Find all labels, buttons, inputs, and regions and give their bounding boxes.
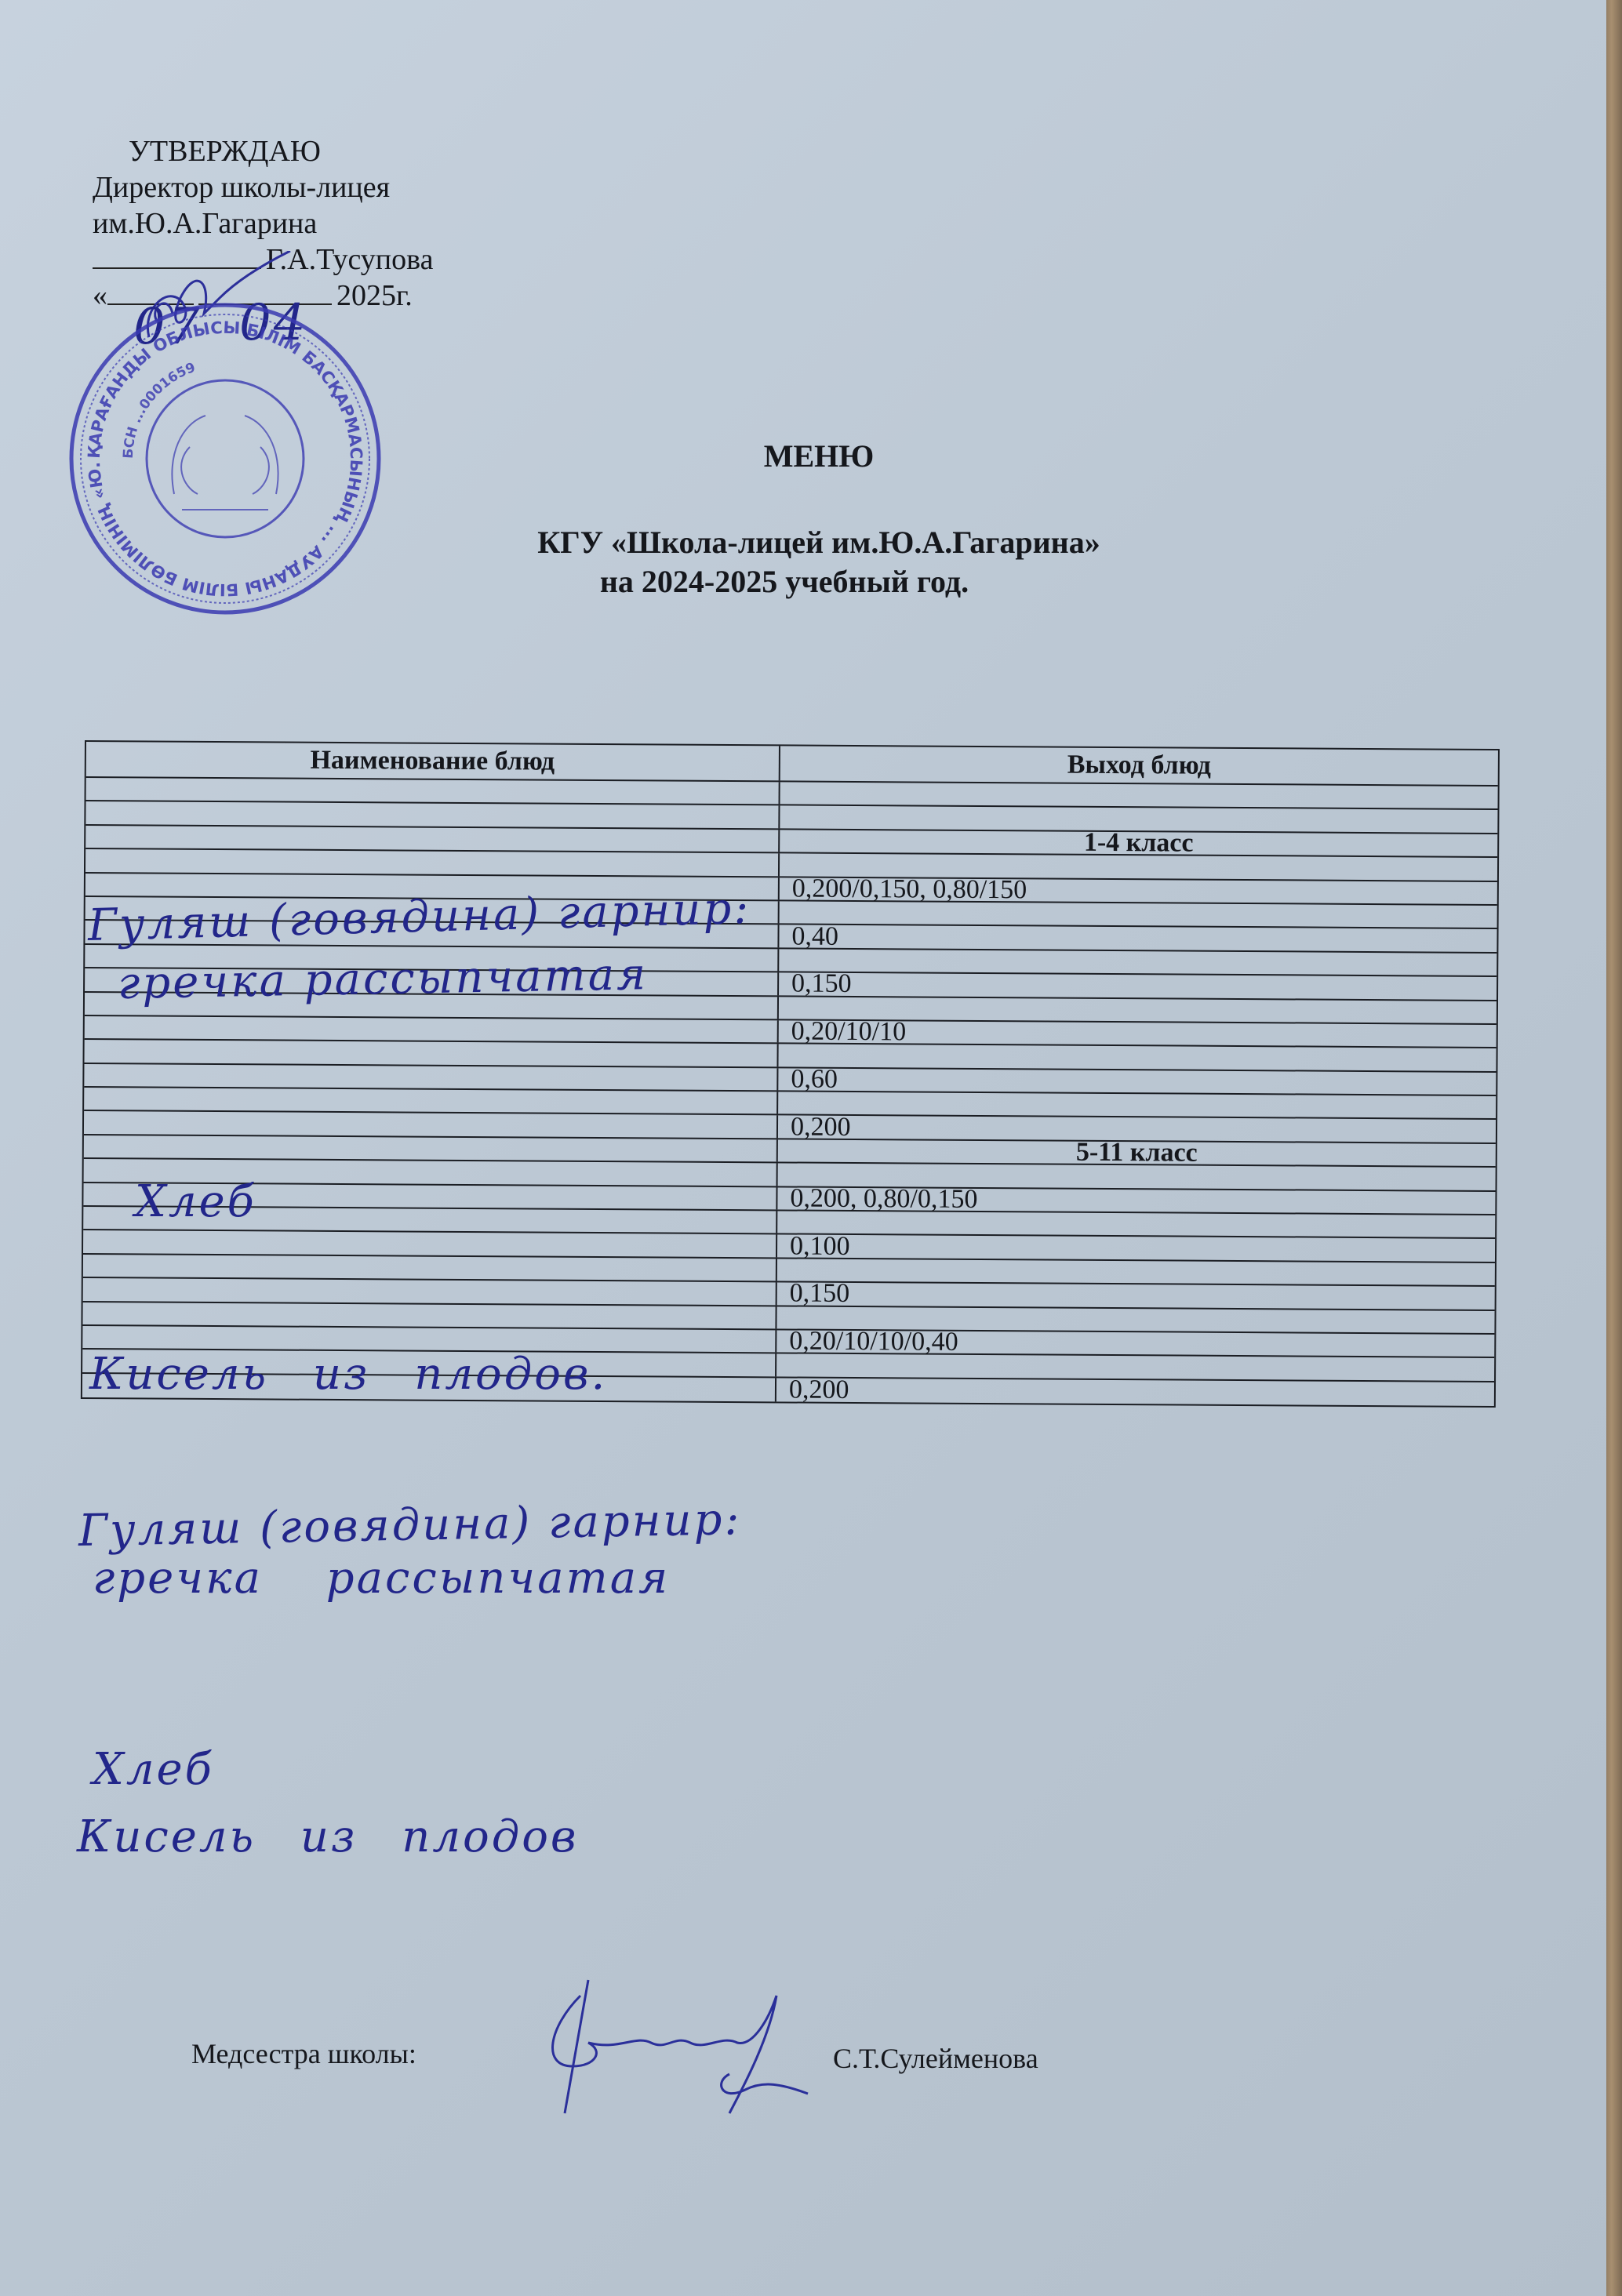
dish-name-cell: [83, 1278, 777, 1305]
yield-cell: 0,150: [777, 1283, 1495, 1310]
yield-cell: [778, 1044, 1496, 1071]
handwritten-dish-5-11-main: Гуляш (говядина) гарнир:: [78, 1494, 741, 1557]
dish-name-cell: [85, 1016, 779, 1043]
yield-cell: [777, 1259, 1495, 1285]
dish-name-cell: [84, 1088, 778, 1114]
desk-surface: [1605, 0, 1622, 2296]
yield-cell: 0,200/0,150, 0,80/150: [780, 877, 1497, 904]
organization-name: КГУ «Школа-лицей им.Ю.А.Гагарина»: [16, 524, 1622, 561]
dish-name-cell: [82, 1302, 776, 1329]
handwritten-dish-5-11-side: гречка рассыпчатая: [93, 1553, 670, 1604]
dish-name-cell: [83, 1255, 777, 1281]
dish-name-cell: [84, 1040, 778, 1066]
dish-name-cell: [85, 826, 780, 852]
yield-cell: [780, 782, 1498, 808]
document-page: УТВЕРЖДАЮ Директор школы-лицея им.Ю.А.Га…: [0, 0, 1606, 2296]
yield-cell: 0,60: [778, 1068, 1496, 1095]
column-header-yield: Выход блюд: [780, 746, 1498, 785]
yield-cell: [776, 1354, 1494, 1381]
menu-table: Наименование блюд Выход блюд 1-4 класс0,…: [81, 740, 1500, 1408]
dish-name-cell: [85, 801, 780, 828]
handwritten-dish-5-11-drink: Кисель из плодов: [77, 1811, 579, 1862]
school-name: им.Ю.А.Гагарина: [93, 205, 433, 242]
handwritten-dish-1-4-drink: Кисель из плодов.: [89, 1349, 607, 1400]
yield-cell: 0,200: [776, 1378, 1494, 1406]
handwritten-dish-1-4-side: гречка рассыпчатая: [117, 949, 648, 1009]
handwritten-dish-1-4-bread: Хлеб: [135, 1176, 256, 1227]
yield-cell: 0,20/10/10: [779, 1020, 1497, 1047]
yield-cell: [778, 1092, 1496, 1118]
yield-cell: 0,20/10/10/0,40: [776, 1330, 1494, 1357]
nurse-name: С.Т.Сулейменова: [833, 2042, 1038, 2075]
dish-name-cell: [84, 1135, 778, 1162]
dish-name-cell: [86, 778, 780, 805]
approval-title: УТВЕРЖДАЮ: [93, 133, 433, 169]
nurse-signature: [541, 1964, 871, 2121]
yield-cell: [779, 949, 1497, 975]
column-header-dish-name: Наименование блюд: [86, 742, 780, 780]
yield-cell: 0,150: [779, 973, 1497, 1000]
yield-cell: 0,40: [779, 925, 1497, 952]
dish-name-cell: [84, 1064, 778, 1091]
dish-name-cell: [85, 849, 780, 876]
yield-cell: [780, 901, 1497, 928]
yield-cell: 0,200, 0,80/0,150: [777, 1187, 1495, 1214]
yield-cell: 0,100: [777, 1235, 1495, 1262]
dish-name-cell: [84, 1111, 778, 1138]
class-group-label: 1-4 класс: [780, 830, 1497, 856]
yield-cell: [777, 1211, 1495, 1237]
academic-year: на 2024-2025 учебный год.: [0, 563, 1587, 600]
handwritten-dish-5-11-bread: Хлеб: [93, 1744, 214, 1795]
director-position: Директор школы-лицея: [93, 169, 433, 205]
nurse-label: Медсестра школы:: [191, 2037, 416, 2070]
dish-name-cell: [83, 1230, 777, 1257]
class-group-label: 5-11 класс: [778, 1139, 1496, 1166]
document-title: МЕНЮ: [16, 438, 1622, 474]
